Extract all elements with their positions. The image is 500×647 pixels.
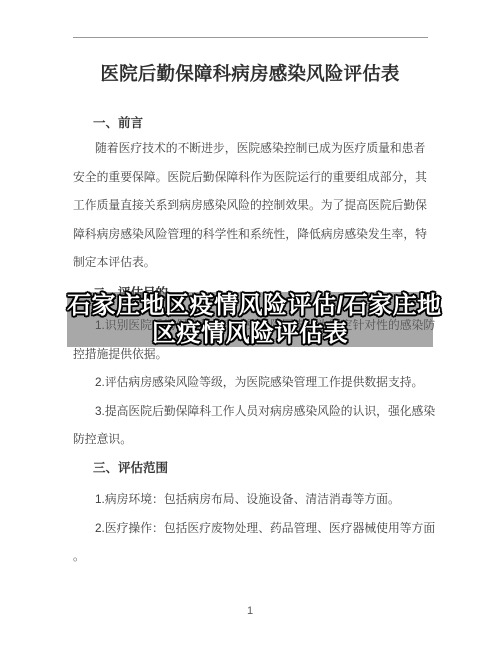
- text-line: 。: [73, 542, 435, 571]
- text-line: 随着医疗技术的不断进步，医院感染控制已成为医疗质量和患者: [73, 134, 435, 163]
- text-line: 3.提高医院后勤保障科工作人员对病房感染风险的认识，强化感染: [73, 397, 435, 426]
- section-heading-preface: 一、前言: [73, 116, 433, 130]
- text-line: 2.评估病房感染风险等级，为医院感染管理工作提供数据支持。: [73, 368, 435, 397]
- text-line: 1.病房环境：包括病房布局、设施设备、清洁消毒等方面。: [73, 485, 435, 514]
- page-title: 医院后勤保障科病房感染风险评估表: [0, 58, 500, 90]
- watermark-text-line-2: 区疫情风险评估表: [67, 320, 433, 348]
- section-heading-scope: 三、评估范围: [73, 461, 433, 475]
- header-rule: [73, 37, 428, 38]
- text-line: 2.医疗操作：包括医疗废物处理、药品管理、医疗器械使用等方面: [73, 514, 435, 543]
- watermark-banner: 石家庄地区疫情风险评估/石家庄地 区疫情风险评估表: [67, 292, 433, 347]
- preface-paragraph: 随着医疗技术的不断进步，医院感染控制已成为医疗质量和患者 安全的重要保障。医院后…: [73, 134, 435, 277]
- scope-list: 1.病房环境：包括病房布局、设施设备、清洁消毒等方面。 2.医疗操作：包括医疗废…: [73, 485, 435, 571]
- page-number: 1: [0, 604, 500, 618]
- watermark-text-line-1: 石家庄地区疫情风险评估/石家庄地: [67, 292, 433, 320]
- document-page: 医院后勤保障科病房感染风险评估表 一、前言 随着医疗技术的不断进步，医院感染控制…: [0, 0, 500, 647]
- text-line: 障科病房感染风险管理的科学性和系统性，降低病房感染发生率，特: [73, 220, 435, 249]
- text-line: 防控意识。: [73, 425, 435, 454]
- text-line: 安全的重要保障。医院后勤保障科作为医院运行的重要组成部分，其: [73, 163, 435, 192]
- text-line: 制定本评估表。: [73, 248, 435, 277]
- text-line: 工作质量直接关系到病房感染风险的控制效果。为了提高医院后勤保: [73, 191, 435, 220]
